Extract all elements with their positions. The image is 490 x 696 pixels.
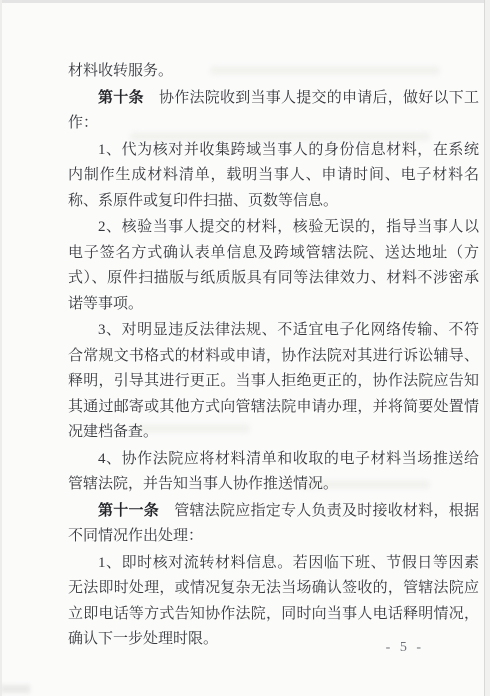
paragraph: 4、协作法院应将材料清单和收取的电子材料当场推送给管辖法院，并告知当事人协作推送… [68,446,479,498]
paragraph: 1、即时核对流转材料信息。若因临下班、节假日等因素无法即时处理，或情况复杂无法当… [68,550,479,653]
scan-artifact-top-edge [0,0,490,3]
article-number-label: 第十条 [98,89,144,106]
scan-artifact-right-area [485,0,490,696]
paragraph-text: 3、对明显违反法律法规、不适宜电子化网络传输、不符合常规文书格式的材料或申请，协… [68,322,479,440]
paragraph-text: 1、即时核对流转材料信息。若因临下班、节假日等因素无法即时处理，或情况复杂无法当… [68,555,479,648]
paragraph: 2、核验当事人提交的材料，核验无误的，指导当事人以电子签名方式确认表单信息及跨域… [68,214,479,317]
scan-artifact-corner-smudge [0,685,30,693]
paragraph: 材料收转服务。 [68,58,479,85]
paragraph: 3、对明显违反法律法规、不适宜电子化网络传输、不符合常规文书格式的材料或申请，协… [68,317,479,446]
paragraph: 第十一条 管辖法院应指定专人负责及时接收材料，根据不同情况作出处理： [68,498,479,550]
paragraph-text: 2、核验当事人提交的材料，核验无误的，指导当事人以电子签名方式确认表单信息及跨域… [68,219,479,312]
paragraph: 第十条 协作法院收到当事人提交的申请后，做好以下工作： [68,85,479,137]
paragraph-text: 4、协作法院应将材料清单和收取的电子材料当场推送给管辖法院，并告知当事人协作推送… [68,451,479,493]
scan-artifact-left-edge [0,0,2,696]
paragraph-text: 材料收转服务。 [68,63,173,79]
paragraph: 1、代为核对并收集跨域当事人的身份信息材料，在系统内制作生成材料清单，载明当事人… [68,137,479,215]
page-number: - 5 - [386,640,424,656]
paragraph-text: 1、代为核对并收集跨域当事人的身份信息材料，在系统内制作生成材料清单，载明当事人… [68,142,479,209]
article-number-label: 第十一条 [98,502,159,519]
document-page-content: 材料收转服务。 第十条 协作法院收到当事人提交的申请后，做好以下工作： 1、代为… [68,58,479,653]
scan-artifact-right-line [484,0,485,696]
